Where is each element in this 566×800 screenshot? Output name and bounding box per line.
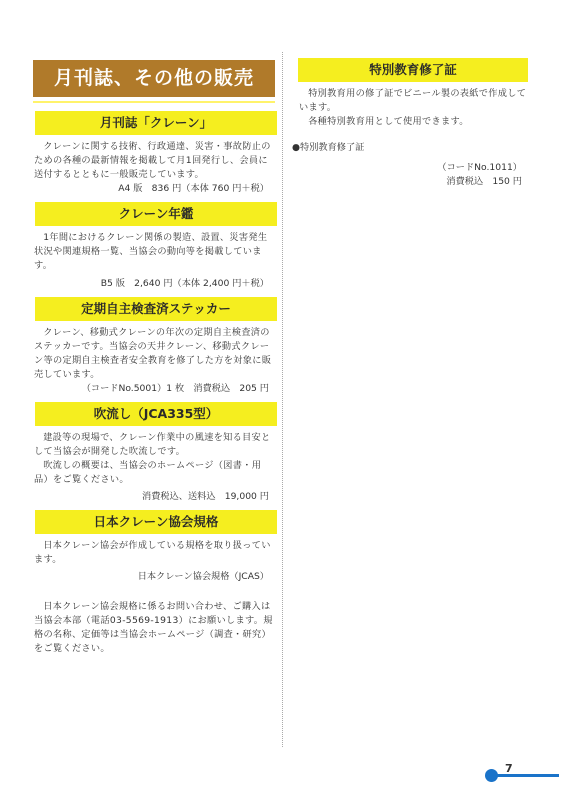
section-paragraph: クレーンに関する技術、行政通達、災害・事故防止のための各種の最新情報を掲載して月…	[33, 140, 275, 182]
bullet-item: ●特別教育修了証	[292, 141, 528, 155]
page-number: 7	[505, 762, 513, 775]
section-title: 吹流し（JCA335型）	[35, 402, 277, 426]
section-paragraph: 各種特別教育用として使用できます。	[298, 115, 528, 129]
section-paragraph: 建設等の現場で、クレーン作業中の風速を知る目安として当協会が開発した吹流しです。	[33, 431, 275, 459]
section-price: （コードNo.5001）1 枚 消費税込 205 円	[33, 382, 275, 396]
section-price: 消費税込、送料込 19,000 円	[33, 490, 275, 504]
section-title: 特別教育修了証	[298, 58, 528, 82]
section-crane-yearbook: クレーン年鑑 1年間におけるクレーン関係の製造、設置、災害発生状況や関連規格一覧…	[33, 202, 275, 291]
section-windsock: 吹流し（JCA335型） 建設等の現場で、クレーン作業中の風速を知る目安として当…	[33, 402, 275, 504]
section-price: 消費税込 150 円	[298, 175, 528, 189]
section-training-certificate: 特別教育修了証 特別教育用の修了証でビニール製の表紙で作成しています。 各種特別…	[298, 58, 528, 189]
right-column: 特別教育修了証 特別教育用の修了証でビニール製の表紙で作成しています。 各種特別…	[298, 58, 528, 189]
section-price: B5 版 2,640 円（本体 2,400 円＋税）	[33, 277, 275, 291]
left-column: 月刊誌、その他の販売 月刊誌「クレーン」 クレーンに関する技術、行政通達、災害・…	[33, 60, 275, 656]
section-paragraph: 日本クレーン協会が作成している規格を取り扱っています。	[33, 539, 275, 567]
section-title: 月刊誌「クレーン」	[35, 111, 277, 135]
section-paragraph: 特別教育用の修了証でビニール製の表紙で作成しています。	[298, 87, 528, 115]
page-title: 月刊誌、その他の販売	[33, 60, 275, 97]
section-title: クレーン年鑑	[35, 202, 277, 226]
section-monthly-crane: 月刊誌「クレーン」 クレーンに関する技術、行政通達、災害・事故防止のための各種の…	[33, 111, 275, 196]
section-paragraph: 吹流しの概要は、当協会のホームページ（図書・用品）をご覧ください。	[33, 459, 275, 487]
column-divider	[282, 52, 283, 747]
section-title: 日本クレーン協会規格	[35, 510, 277, 534]
section-price: 日本クレーン協会規格（JCAS）	[33, 570, 275, 584]
section-contact-paragraph: 日本クレーン協会規格に係るお問い合わせ、ご購入は当協会本部（電話03-5569-…	[33, 600, 275, 656]
section-title: 定期自主検査済ステッカー	[35, 297, 277, 321]
product-code: （コードNo.1011）	[298, 161, 528, 175]
section-paragraph: 1年間におけるクレーン関係の製造、設置、災害発生状況や関連規格一覧、当協会の動向…	[33, 231, 275, 273]
section-price: A4 版 836 円（本体 760 円＋税）	[33, 182, 275, 196]
section-jca-standards: 日本クレーン協会規格 日本クレーン協会が作成している規格を取り扱っています。 日…	[33, 510, 275, 656]
section-paragraph: クレーン、移動式クレーンの年次の定期自主検査済のステッカーです。当協会の天井クレ…	[33, 326, 275, 382]
section-inspection-sticker: 定期自主検査済ステッカー クレーン、移動式クレーンの年次の定期自主検査済のステッ…	[33, 297, 275, 396]
